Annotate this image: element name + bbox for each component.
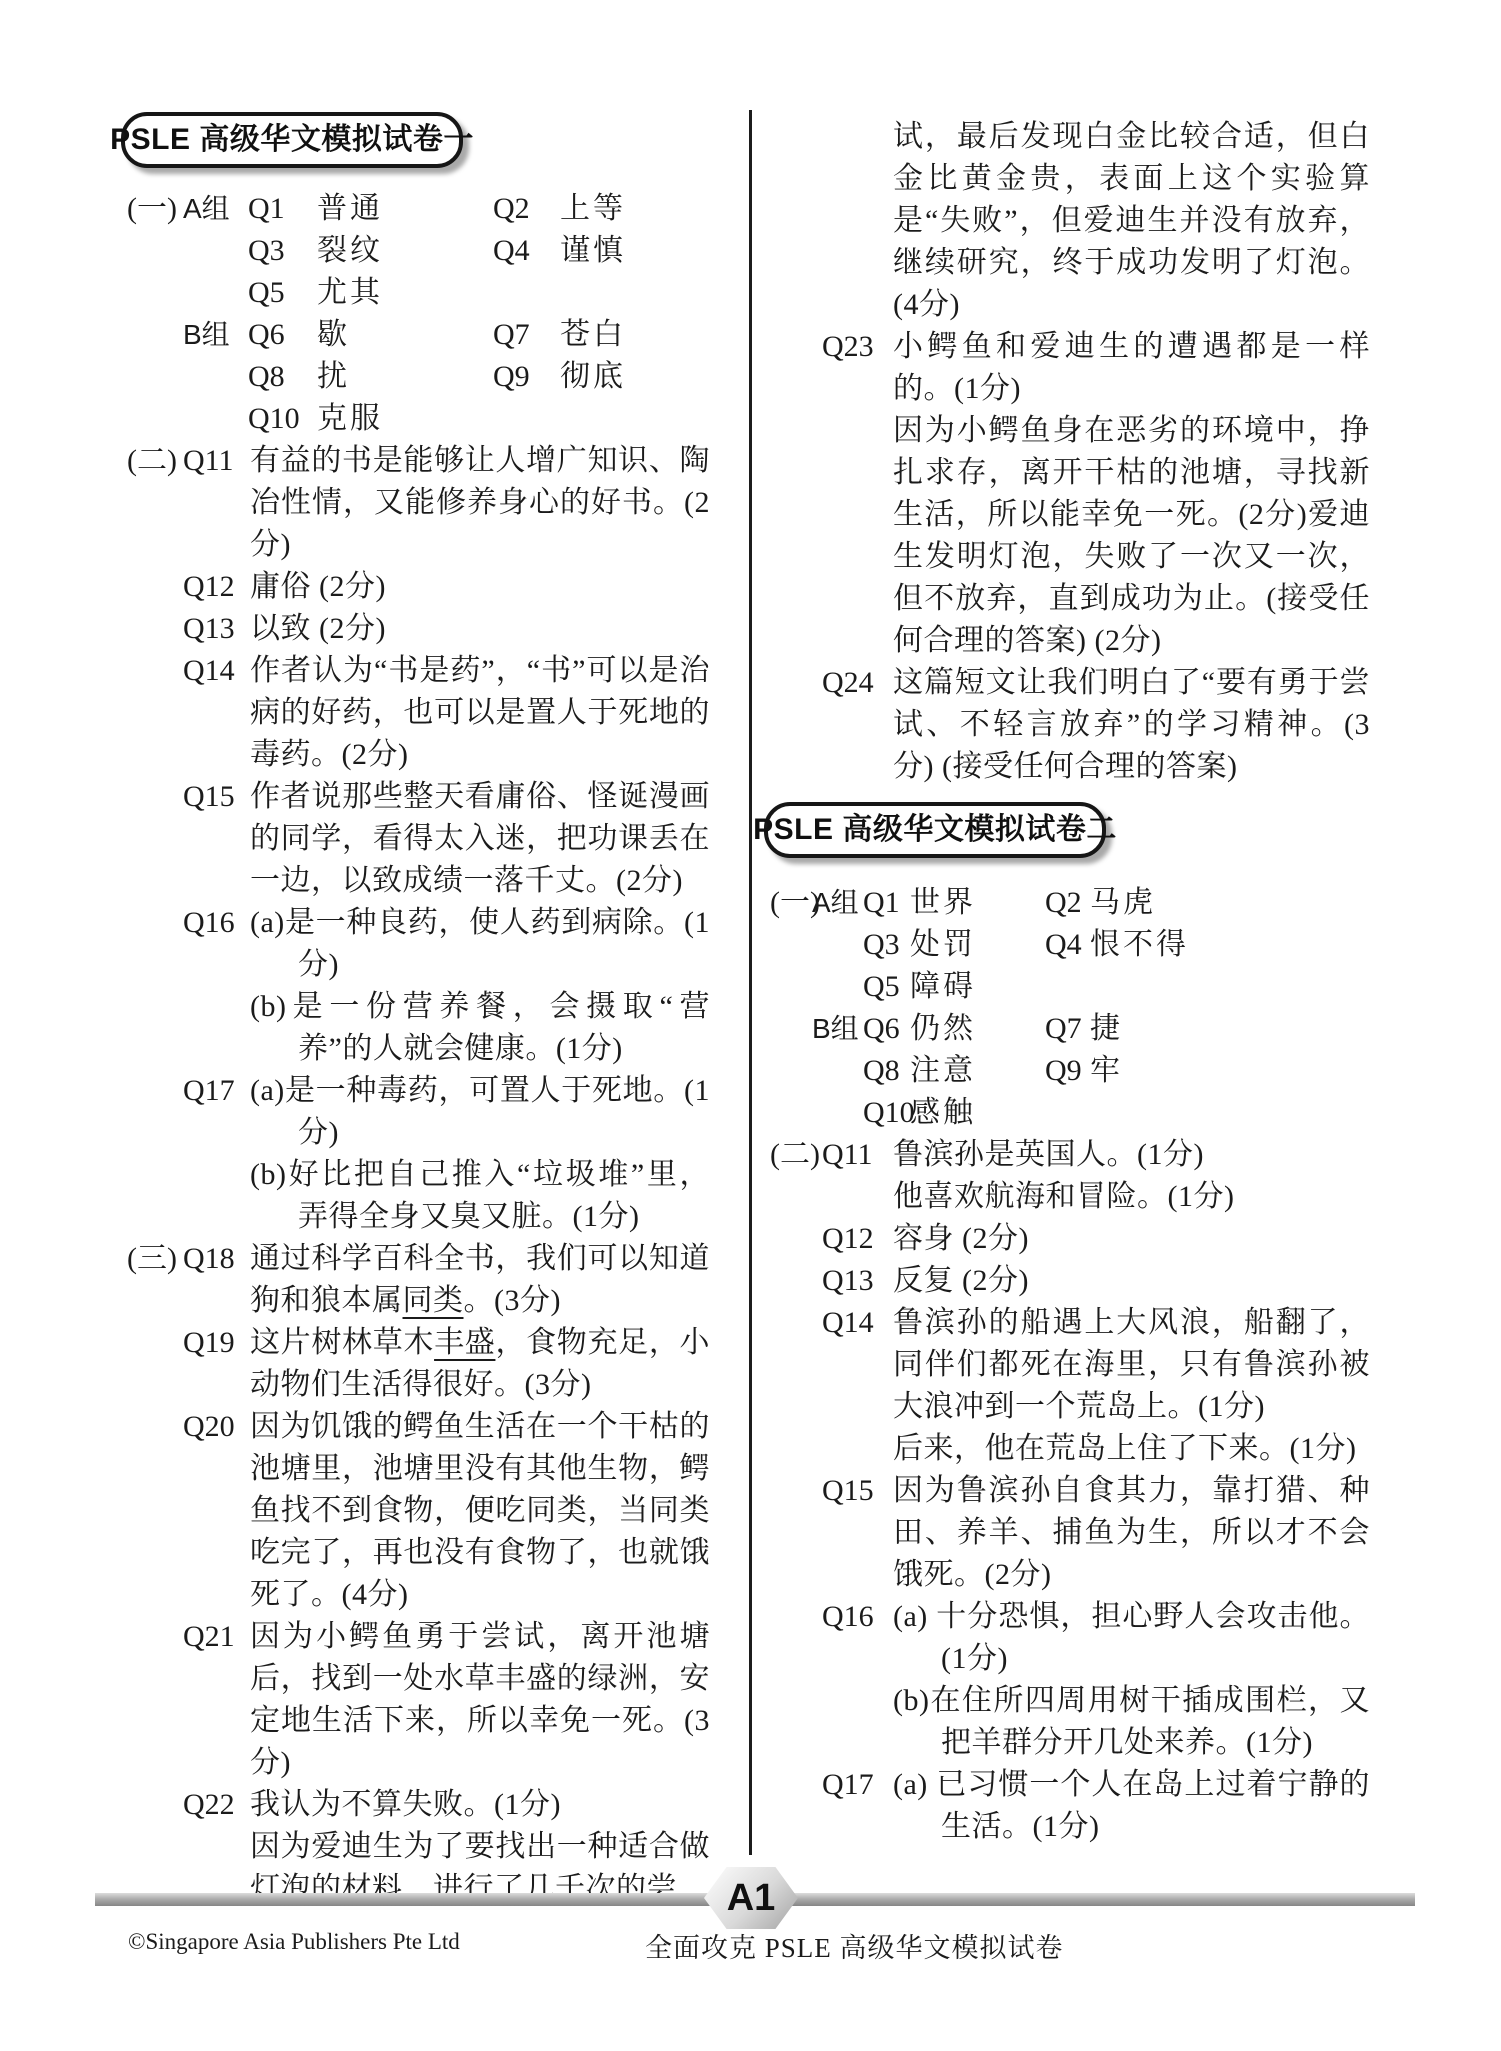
question-number: Q5 [863,966,910,1008]
answer-row: Q17(a)是一种毒药，可置人于死地。(1分)(b)好比把自己推入“垃圾堆”里，… [127,1070,710,1238]
answer-row: Q20因为饥饿的鳄鱼生活在一个干枯的池塘里，池塘里没有其他生物，鳄鱼找不到食物，… [127,1406,710,1616]
answer-word: 捷 [1090,1008,1370,1050]
question-number: Q13 [183,608,250,650]
section-label [770,1764,822,1848]
section-label [127,902,183,1070]
question-number: Q1 [863,882,910,924]
answer-row: Q21因为小鳄鱼勇于尝试，离开池塘后，找到一处水草丰盛的绿洲，安定地生活下来，所… [127,1616,710,1784]
text-segment: 这片树林草木 [250,1326,434,1359]
answer-paragraph: 我认为不算失败。(1分) [250,1784,710,1826]
question-number: Q10 [248,398,317,440]
answer-paragraph: 以致 (2分) [250,608,710,650]
answer-word: 马虎 [1090,882,1370,924]
group-label [183,230,248,272]
group-label [812,966,863,1008]
subpart-marker: (a) [893,1768,928,1801]
section-label [127,398,183,440]
subpart-text: 好比把自己推入“垃圾堆”里，弄得全身又臭又脏。(1分) [286,1158,710,1233]
section-label [770,1470,822,1596]
question-number: Q12 [183,566,250,608]
group-label [812,1050,863,1092]
subpart-marker: (a) [250,906,285,939]
section-label [127,1406,183,1616]
answer-row: Q12庸俗 (2分) [127,566,710,608]
text-segment: 因为小鳄鱼勇于尝试，离开池塘后，找到一处水草丰盛的绿洲，安定地生活下来，所以幸免… [250,1620,710,1779]
answer-paragraph: 反复 (2分) [893,1260,1370,1302]
answer-body: 因为小鳄鱼勇于尝试，离开池塘后，找到一处水草丰盛的绿洲，安定地生活下来，所以幸免… [250,1616,710,1784]
underlined-term: 丰盛 [434,1326,495,1359]
section-label [127,314,183,356]
answer-body: 因为鲁滨孙自食其力，靠打猎、种田、养羊、捕鱼为生，所以才不会饿死。(2分) [893,1470,1370,1596]
section-label [127,650,183,776]
answer-paragraph: 有益的书是能够让人增广知识、陶冶性情，又能修养身心的好书。(2分) [250,440,710,566]
answer-subpart: (b)在住所四周用树干插成围栏，又把羊群分开几处来养。(1分) [893,1680,1370,1764]
paper-title: PSLE 高级华文模拟试卷二 [753,809,1117,851]
answer-body: (a) 十分恐惧，担心野人会攻击他。(1分)(b)在住所四周用树干插成围栏，又把… [893,1596,1370,1764]
answer-body: 小鳄鱼和爱迪生的遭遇都是一样的。(1分)因为小鳄鱼身在恶劣的环境中，挣扎求存，离… [893,326,1370,662]
word-pair-row: B组Q6仍然Q7捷 [770,1008,1370,1050]
answer-subpart: (a) 十分恐惧，担心野人会攻击他。(1分) [893,1596,1370,1680]
word-pair-row: Q10克服 [127,398,710,440]
answer-body: 因为饥饿的鳄鱼生活在一个干枯的池塘里，池塘里没有其他生物，鳄鱼找不到食物，便吃同… [250,1406,710,1616]
question-number: Q23 [822,326,893,662]
answer-body: 以致 (2分) [250,608,710,650]
copyright-text: ©Singapore Asia Publishers Pte Ltd [128,1929,460,1955]
answer-body: 容身 (2分) [893,1218,1370,1260]
text-segment: 小鳄鱼和爱迪生的遭遇都是一样的。(1分) [893,330,1370,405]
answer-paragraph: 因为小鳄鱼勇于尝试，离开池塘后，找到一处水草丰盛的绿洲，安定地生活下来，所以幸免… [250,1616,710,1784]
section-label [127,1070,183,1238]
answer-row: Q15因为鲁滨孙自食其力，靠打猎、种田、养羊、捕鱼为生，所以才不会饿死。(2分) [770,1470,1370,1596]
page-number-badge: A1 [704,1867,798,1929]
question-number: Q10 [863,1092,910,1134]
section-label [127,608,183,650]
answer-subpart: (b)是一份营养餐，会摄取“营养”的人就会健康。(1分) [250,986,710,1070]
section-label [127,1784,183,1910]
section-label [770,1218,822,1260]
answer-word: 感触 [910,1092,1045,1134]
subpart-text: 是一份营养餐，会摄取“营养”的人就会健康。(1分) [286,990,710,1065]
subpart-text: 是一种良药，使人药到病除。(1分) [285,906,710,981]
answer-paragraph: 鲁滨孙的船遇上大风浪，船翻了，同伴们都死在海里，只有鲁滨孙被大浪冲到一个荒岛上。… [893,1302,1370,1428]
question-number: Q6 [248,314,317,356]
answer-paragraph: 容身 (2分) [893,1218,1370,1260]
word-pair-row: Q10感触 [770,1092,1370,1134]
question-number: Q3 [863,924,910,966]
section-label [127,356,183,398]
paper-title: PSLE 高级华文模拟试卷一 [110,119,474,161]
question-number: Q15 [822,1470,893,1596]
text-segment: 他喜欢航海和冒险。(1分) [893,1180,1234,1213]
answer-paragraph: 庸俗 (2分) [250,566,710,608]
question-number: Q17 [183,1070,250,1238]
answer-row: Q13以致 (2分) [127,608,710,650]
question-number: Q11 [183,440,250,566]
text-segment: 鲁滨孙是英国人。(1分) [893,1138,1204,1171]
subpart-marker: (a) [893,1600,928,1633]
answer-row: Q16(a) 十分恐惧，担心野人会攻击他。(1分)(b)在住所四周用树干插成围栏… [770,1596,1370,1764]
continuation-paragraph: 试，最后发现白金比较合适，但白金比黄金贵，表面上这个实验算是“失败”，但爱迪生并… [893,116,1370,326]
subpart-text: 在住所四周用树干插成围栏，又把羊群分开几处来养。(1分) [929,1684,1370,1759]
question-number: Q15 [183,776,250,902]
answer-subpart: (a)是一种良药，使人药到病除。(1分) [250,902,710,986]
answer-row: Q14作者认为“书是药”，“书”可以是治病的好药，也可以是置人于死地的毒药。(2… [127,650,710,776]
answer-word: 普通 [317,188,493,230]
section-label [770,1050,812,1092]
answer-row: (二)Q11有益的书是能够让人增广知识、陶冶性情，又能修养身心的好书。(2分) [127,440,710,566]
group-label [812,1092,863,1134]
text-segment: 作者认为“书是药”，“书”可以是治病的好药，也可以是置人于死地的毒药。(2分) [250,654,710,771]
answer-body: 我认为不算失败。(1分)因为爱迪生为了要找出一种适合做灯泡的材料，进行了几千次的… [250,1784,710,1910]
group-label [183,398,248,440]
subpart-marker: (b) [893,1684,929,1717]
answer-paragraph: 因为鲁滨孙自食其力，靠打猎、种田、养羊、捕鱼为生，所以才不会饿死。(2分) [893,1470,1370,1596]
answers-column-2: 试，最后发现白金比较合适，但白金比黄金贵，表面上这个实验算是“失败”，但爱迪生并… [770,116,1370,1848]
answer-paragraph: 作者认为“书是药”，“书”可以是治病的好药，也可以是置人于死地的毒药。(2分) [250,650,710,776]
text-segment: 因为鲁滨孙自食其力，靠打猎、种田、养羊、捕鱼为生，所以才不会饿死。(2分) [893,1474,1370,1591]
section-label [770,1008,812,1050]
section-label: (三) [127,1238,183,1322]
answer-body: 鲁滨孙的船遇上大风浪，船翻了，同伴们都死在海里，只有鲁滨孙被大浪冲到一个荒岛上。… [893,1302,1370,1470]
answer-body: (a) 已习惯一个人在岛上过着宁静的生活。(1分) [893,1764,1370,1848]
answer-paragraph: 这片树林草木丰盛，食物充足，小动物们生活得很好。(3分) [250,1322,710,1406]
answer-row: Q24这篇短文让我们明白了“要有勇于尝试、不轻言放弃”的学习精神。(3分) (接… [770,662,1370,788]
answer-subpart: (a)是一种毒药，可置人于死地。(1分) [250,1070,710,1154]
question-number: Q9 [1045,1050,1090,1092]
answer-body: 这片树林草木丰盛，食物充足，小动物们生活得很好。(3分) [250,1322,710,1406]
group-label: B组 [812,1008,863,1050]
word-pair-row: Q3处罚Q4恨不得 [770,924,1370,966]
section-label: (一) [127,188,183,230]
answer-row: (二)Q11鲁滨孙是英国人。(1分)他喜欢航海和冒险。(1分) [770,1134,1370,1218]
answer-word: 苍白 [560,314,710,356]
word-pair-row: Q5障碍 [770,966,1370,1008]
answer-body: 鲁滨孙是英国人。(1分)他喜欢航海和冒险。(1分) [893,1134,1370,1218]
subpart-text: 是一种毒药，可置人于死地。(1分) [285,1074,710,1149]
question-number: Q9 [493,356,560,398]
group-label [812,924,863,966]
text-segment: 容身 (2分) [893,1222,1029,1255]
question-number: Q8 [248,356,317,398]
section-label: (二) [127,440,183,566]
section-label [127,776,183,902]
group-label: A组 [812,882,863,924]
answer-word: 处罚 [910,924,1045,966]
word-pair-row: Q8注意Q9牢 [770,1050,1370,1092]
answer-row: Q17(a) 已习惯一个人在岛上过着宁静的生活。(1分) [770,1764,1370,1848]
section-label: (一) [770,882,812,924]
section-label [770,1092,812,1134]
answer-word: 歇 [317,314,493,356]
question-number: Q3 [248,230,317,272]
section-label [127,230,183,272]
question-number: Q12 [822,1218,893,1260]
answer-paragraph: 小鳄鱼和爱迪生的遭遇都是一样的。(1分) [893,326,1370,410]
text-segment: 试，最后发现白金比较合适，但白金比黄金贵，表面上这个实验算是“失败”，但爱迪生并… [893,120,1370,321]
question-number: Q21 [183,1616,250,1784]
text-segment: 以致 (2分) [250,612,386,645]
word-pair-row: (一)A组Q1世界Q2马虎 [770,882,1370,924]
section-label [770,966,812,1008]
section-label [127,1616,183,1784]
word-pair-row: Q8扰Q9彻底 [127,356,710,398]
subpart-text: 十分恐惧，担心野人会攻击他。(1分) [928,1600,1370,1675]
word-pair-row: (一)A组Q1普通Q2上等 [127,188,710,230]
answers-column-1: PSLE 高级华文模拟试卷一(一)A组Q1普通Q2上等Q3裂纹Q4谨慎Q5尤其B… [127,112,710,1910]
question-number: Q17 [822,1764,893,1848]
answer-row: Q15作者说那些整天看庸俗、怪诞漫画的同学，看得太入迷，把功课丢在一边，以致成绩… [127,776,710,902]
question-number: Q24 [822,662,893,788]
section-label [770,1302,822,1470]
answer-paragraph: 后来，他在荒岛上住了下来。(1分) [893,1428,1370,1470]
answer-paragraph: 通过科学百科全书，我们可以知道狗和狼本属同类。(3分) [250,1238,710,1322]
paper-title-box: PSLE 高级华文模拟试卷一 [121,112,463,168]
answer-body: 有益的书是能够让人增广知识、陶冶性情，又能修养身心的好书。(2分) [250,440,710,566]
answer-row: Q14鲁滨孙的船遇上大风浪，船翻了，同伴们都死在海里，只有鲁滨孙被大浪冲到一个荒… [770,1302,1370,1470]
question-number: Q4 [493,230,560,272]
question-number: Q1 [248,188,317,230]
answer-body: (a)是一种良药，使人药到病除。(1分)(b)是一份营养餐，会摄取“营养”的人就… [250,902,710,1070]
answer-word: 上等 [560,188,710,230]
answer-body: 作者认为“书是药”，“书”可以是治病的好药，也可以是置人于死地的毒药。(2分) [250,650,710,776]
group-label: B组 [183,314,248,356]
section-label [127,272,183,314]
word-pair-row: Q5尤其 [127,272,710,314]
text-segment: 因为小鳄鱼身在恶劣的环境中，挣扎求存，离开干枯的池塘，寻找新生活，所以能幸免一死… [893,414,1370,657]
question-number: Q11 [822,1134,893,1218]
text-segment: 反复 (2分) [893,1264,1029,1297]
subpart-marker: (b) [250,1158,286,1191]
word-pair-row: B组Q6歇Q7苍白 [127,314,710,356]
word-pair-row: Q3裂纹Q4谨慎 [127,230,710,272]
text-segment: 作者说那些整天看庸俗、怪诞漫画的同学，看得太入迷，把功课丢在一边，以致成绩一落千… [250,780,710,897]
group-label [183,356,248,398]
answer-body: 通过科学百科全书，我们可以知道狗和狼本属同类。(3分) [250,1238,710,1322]
answer-row: Q16(a)是一种良药，使人药到病除。(1分)(b)是一份营养餐，会摄取“营养”… [127,902,710,1070]
answer-body: 这篇短文让我们明白了“要有勇于尝试、不轻言放弃”的学习精神。(3分) (接受任何… [893,662,1370,788]
paper-title-box: PSLE 高级华文模拟试卷二 [764,802,1106,858]
question-number: Q22 [183,1784,250,1910]
answer-paragraph: 这篇短文让我们明白了“要有勇于尝试、不轻言放弃”的学习精神。(3分) (接受任何… [893,662,1370,788]
underlined-term: 同类 [403,1284,464,1317]
question-number: Q7 [1045,1008,1090,1050]
question-number: Q4 [1045,924,1090,966]
text-segment: 因为饥饿的鳄鱼生活在一个干枯的池塘里，池塘里没有其他生物，鳄鱼找不到食物，便吃同… [250,1410,710,1611]
subpart-text: 已习惯一个人在岛上过着宁静的生活。(1分) [928,1768,1370,1843]
question-number: Q14 [183,650,250,776]
text-segment: 这篇短文让我们明白了“要有勇于尝试、不轻言放弃”的学习精神。(3分) (接受任何… [893,666,1370,783]
group-label: A组 [183,188,248,230]
question-number: Q5 [248,272,317,314]
answer-body: 庸俗 (2分) [250,566,710,608]
question-number: Q16 [183,902,250,1070]
answer-row: Q19这片树林草木丰盛，食物充足，小动物们生活得很好。(3分) [127,1322,710,1406]
question-number: Q20 [183,1406,250,1616]
answer-word: 扰 [317,356,493,398]
subpart-marker: (b) [250,990,286,1023]
question-number: Q19 [183,1322,250,1406]
column-divider [749,110,752,1855]
answer-paragraph: 他喜欢航海和冒险。(1分) [893,1176,1370,1218]
answer-paragraph: 因为小鳄鱼身在恶劣的环境中，挣扎求存，离开干枯的池塘，寻找新生活，所以能幸免一死… [893,410,1370,662]
question-number: Q2 [1045,882,1090,924]
answer-word: 牢 [1090,1050,1370,1092]
answer-word: 障碍 [910,966,1045,1008]
question-number: Q8 [863,1050,910,1092]
answer-word: 克服 [317,398,493,440]
answer-row: Q13反复 (2分) [770,1260,1370,1302]
question-number: Q7 [493,314,560,356]
answer-body: 反复 (2分) [893,1260,1370,1302]
section-label [770,1260,822,1302]
answer-word: 谨慎 [560,230,710,272]
answer-subpart: (a) 已习惯一个人在岛上过着宁静的生活。(1分) [893,1764,1370,1848]
question-number: Q2 [493,188,560,230]
answer-row: Q22我认为不算失败。(1分)因为爱迪生为了要找出一种适合做灯泡的材料，进行了几… [127,1784,710,1910]
section-label [770,326,822,662]
section-label [127,566,183,608]
answer-paragraph: 鲁滨孙是英国人。(1分) [893,1134,1370,1176]
text-segment: 鲁滨孙的船遇上大风浪，船翻了，同伴们都死在海里，只有鲁滨孙被大浪冲到一个荒岛上。… [893,1306,1370,1423]
answer-body: (a)是一种毒药，可置人于死地。(1分)(b)好比把自己推入“垃圾堆”里，弄得全… [250,1070,710,1238]
question-number: Q13 [822,1260,893,1302]
question-number: Q18 [183,1238,250,1322]
answer-row: Q23小鳄鱼和爱迪生的遭遇都是一样的。(1分)因为小鳄鱼身在恶劣的环境中，挣扎求… [770,326,1370,662]
text-segment: 有益的书是能够让人增广知识、陶冶性情，又能修养身心的好书。(2分) [250,444,710,561]
text-segment: 我认为不算失败。(1分) [250,1788,561,1821]
question-number: Q14 [822,1302,893,1470]
question-number: Q6 [863,1008,910,1050]
continuation-block: 试，最后发现白金比较合适，但白金比黄金贵，表面上这个实验算是“失败”，但爱迪生并… [893,116,1370,326]
group-label [183,272,248,314]
answer-row: Q12容身 (2分) [770,1218,1370,1260]
text-segment: 庸俗 (2分) [250,570,386,603]
book-title: 全面攻克 PSLE 高级华文模拟试卷 [645,1926,1064,1965]
text-segment: 。(3分) [464,1284,561,1317]
answer-word: 注意 [910,1050,1045,1092]
answer-word: 仍然 [910,1008,1045,1050]
answer-body: 作者说那些整天看庸俗、怪诞漫画的同学，看得太入迷，把功课丢在一边，以致成绩一落千… [250,776,710,902]
answer-word: 恨不得 [1090,924,1370,966]
section-label [127,1322,183,1406]
answer-key-page: PSLE 高级华文模拟试卷一(一)A组Q1普通Q2上等Q3裂纹Q4谨慎Q5尤其B… [0,0,1501,2051]
question-number: Q16 [822,1596,893,1764]
answer-paragraph: 作者说那些整天看庸俗、怪诞漫画的同学，看得太入迷，把功课丢在一边，以致成绩一落千… [250,776,710,902]
subpart-marker: (a) [250,1074,285,1107]
answer-paragraph: 因为饥饿的鳄鱼生活在一个干枯的池塘里，池塘里没有其他生物，鳄鱼找不到食物，便吃同… [250,1406,710,1616]
answer-word: 彻底 [560,356,710,398]
answer-word: 裂纹 [317,230,493,272]
section-label: (二) [770,1134,822,1218]
section-label [770,662,822,788]
section-label [770,924,812,966]
answer-subpart: (b)好比把自己推入“垃圾堆”里，弄得全身又臭又脏。(1分) [250,1154,710,1238]
answer-word: 尤其 [317,272,493,314]
section-label [770,1596,822,1764]
answer-word: 世界 [910,882,1045,924]
text-segment: 后来，他在荒岛上住了下来。(1分) [893,1432,1356,1465]
answer-row: (三)Q18通过科学百科全书，我们可以知道狗和狼本属同类。(3分) [127,1238,710,1322]
